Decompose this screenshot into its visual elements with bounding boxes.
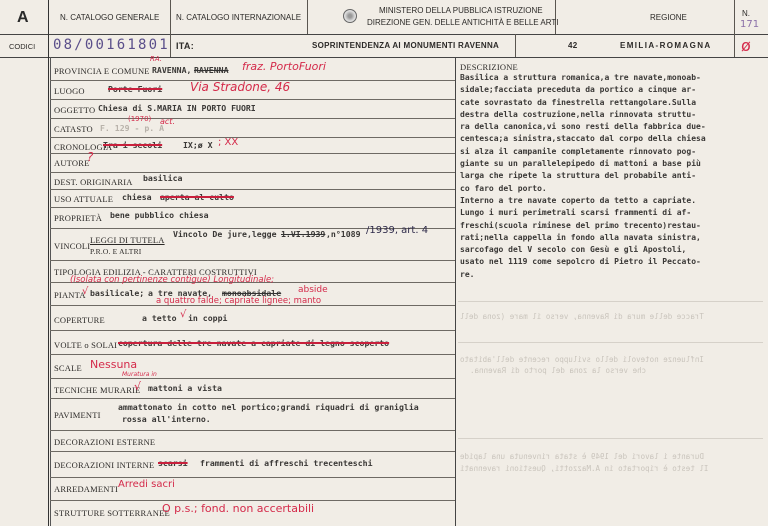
tecniche-check-icon: √	[134, 380, 141, 393]
descrizione-text: Basilica a struttura romanica,a tre nava…	[460, 72, 706, 281]
descrizione-line: destra della costruzione,nella rinnovata…	[460, 109, 706, 121]
descrizione-line: giante su un parallelepipedo di mattoni …	[460, 158, 706, 170]
dest-originaria-label: DEST. ORIGINARIA	[54, 177, 133, 187]
code-42: 42	[568, 41, 578, 50]
uso-attuale-typed-struck: aperta al culto	[160, 192, 234, 202]
arredamenti-label: ARREDAMENTI	[54, 484, 118, 494]
tecniche-label: TECNICHE MURARIE	[54, 385, 141, 395]
section-letter: A	[17, 9, 29, 27]
bleed-through-line: Durante i lavori del 1949 è stata rinven…	[460, 452, 704, 461]
vincoli-typed-struck: 1.VI.1939	[281, 229, 325, 239]
coperture-typed: a tetto	[142, 313, 177, 323]
catasto-hand-above-1: (1970)	[128, 115, 151, 123]
catasto-label: CATASTO	[54, 124, 93, 134]
strutture-label: STRUTTURE SOTTERRANEE	[54, 508, 170, 518]
ministry-line-2: DIREZIONE GEN. DELLE ANTICHITÀ E BELLE A…	[367, 18, 558, 27]
cronologia-typed: IX;ø X	[183, 140, 213, 150]
volte-typed-struck: copertura delle tre navate a capriate di…	[118, 338, 389, 348]
pavimenti-typed-line1: ammattonato in cotto nel portico;grandi …	[118, 402, 419, 412]
tipologia-hand: (Isolata con pertinenze contigue) Longit…	[70, 275, 274, 285]
descrizione-label: DESCRIZIONE	[460, 62, 518, 72]
decorazioni-interne-typed: frammenti di affreschi trecenteschi	[200, 458, 373, 468]
vincoli-typed: Vincolo De jure,legge	[173, 229, 277, 239]
n-mark: ø	[741, 36, 751, 55]
descrizione-line: usato nel 1119 come sepolcro di Pietro i…	[460, 256, 706, 268]
decorazioni-interne-typed-struck: scarsi	[158, 458, 188, 468]
catasto-typed: F. 129 - p. A	[100, 123, 164, 133]
coperture-check-icon: √	[180, 309, 186, 320]
luogo-hand: Via Stradone, 46	[190, 80, 290, 94]
descrizione-line: sarcofago del V secolo con Gesù e gli Ap…	[460, 244, 706, 256]
descrizione-line: rati;nella cappella in fondo alla navata…	[460, 232, 706, 244]
autore-label: AUTORE	[54, 158, 90, 168]
provincia-label: PROVINCIA E COMUNE	[54, 66, 150, 76]
autore-hand: ?	[87, 150, 93, 164]
descrizione-line: cate sovrastato da finestrella rettangol…	[460, 97, 706, 109]
provincia-hand-above: RA.	[150, 55, 162, 63]
oggetto-label: OGGETTO	[54, 105, 95, 115]
republic-emblem-icon	[343, 9, 357, 23]
ita-label: ITA:	[176, 41, 194, 51]
descrizione-line: si alza il campanile completamente rinno…	[460, 146, 706, 158]
coperture-typed2: in coppi	[188, 313, 227, 323]
vincoli-sub2: P.R.O. E ALTRI	[90, 247, 142, 256]
cronologia-typed-struck: Tra i secoli	[103, 140, 162, 150]
regione-label: REGIONE	[650, 13, 687, 22]
tecniche-typed: mattoni a vista	[148, 383, 222, 393]
catalogo-internazionale-label: N. CATALOGO INTERNAZIONALE	[176, 13, 301, 22]
descrizione-line: Interno a tre navate coperto da tetto a …	[460, 195, 706, 207]
provincia-typed-struck: RAVENNA	[194, 65, 229, 75]
decorazioni-interne-label: DECORAZIONI INTERNE	[54, 460, 154, 470]
bleed-through-line: che verso la zona del porto di Ravenna.	[470, 366, 646, 375]
strutture-hand: O p.s.; fond. non accertabili	[162, 502, 314, 515]
vincoli-sub1: LEGGI DI TUTELA	[90, 235, 165, 245]
luogo-typed-struck: Porte Fuori	[108, 84, 162, 94]
pianta-hand2: a quattro falde; capriate lignee; manto	[156, 296, 321, 306]
catasto-hand-above-2: act.	[160, 117, 175, 126]
bleed-through-line: Il testo è riportato in A.Mazzotti, Ques…	[460, 464, 708, 473]
descrizione-line: centesca;a sinistra,staccato dal corpo d…	[460, 133, 706, 145]
descrizione-line: sidale;facciata preceduta da portico a c…	[460, 84, 706, 96]
vincoli-hand: /1939, art. 4	[366, 225, 428, 236]
soprintendenza: SOPRINTENDENZA AI MONUMENTI RAVENNA	[312, 41, 499, 50]
n-value: 171	[740, 19, 759, 30]
pianta-typed: basilicale;	[90, 288, 144, 298]
oggetto-typed: Chiesa di S.MARIA IN PORTO FUORI	[98, 103, 256, 113]
pavimenti-typed-line2: rossa all'interno.	[122, 414, 211, 424]
dest-originaria-typed: basilica	[143, 173, 182, 183]
descrizione-line: larga che ripete la struttura del probab…	[460, 170, 706, 182]
arredamenti-hand: Arredi sacri	[118, 479, 175, 490]
bleed-through-line: Tracce delle mura di Ravenna, verso il m…	[460, 312, 704, 321]
pianta-label: PIANTA	[54, 290, 86, 300]
descrizione-line: co faro del porto.	[460, 183, 706, 195]
n-label: N.	[742, 9, 750, 18]
scale-hand-small: Muratura in	[122, 371, 157, 378]
regione-value: EMILIA-ROMAGNA	[620, 41, 712, 50]
scale-label: SCALE	[54, 363, 82, 373]
volte-label: VOLTE o SOLAI	[54, 340, 117, 350]
ministry-line-1: MINISTERO DELLA PUBBLICA ISTRUZIONE	[379, 6, 543, 15]
descrizione-line: Lungo i muri perimetrali scarsi framment…	[460, 207, 706, 219]
uso-attuale-label: USO ATTUALE	[54, 194, 113, 204]
descrizione-line: freschi(scuola riminese del primo trecen…	[460, 220, 706, 232]
pianta-check-icon: √	[82, 286, 88, 297]
decorazioni-esterne-label: DECORAZIONI ESTERNE	[54, 437, 155, 447]
coperture-label: COPERTURE	[54, 315, 105, 325]
descrizione-line: re.	[460, 269, 706, 281]
luogo-label: LUOGO	[54, 86, 85, 96]
cronologia-hand: ; XX	[218, 137, 238, 148]
scale-hand: Nessuna	[90, 358, 137, 371]
bleed-through-line: Influenze notevoli dello sviluppo recent…	[460, 355, 704, 364]
codici-label: CODICI	[9, 42, 35, 51]
proprieta-label: PROPRIETÀ	[54, 213, 102, 223]
vincoli-label: VINCOLI	[54, 241, 90, 251]
vincoli-typed2: ,n°1089	[326, 229, 361, 239]
catalogo-generale-label: N. CATALOGO GENERALE	[60, 13, 159, 22]
proprieta-typed: bene pubblico chiesa	[110, 210, 209, 220]
descrizione-line: ra della canonica,vi sono resti della fa…	[460, 121, 706, 133]
provincia-typed: RAVENNA,	[152, 65, 191, 75]
provincia-hand: fraz. PortoFuori	[242, 60, 326, 73]
uso-attuale-typed: chiesa	[122, 192, 152, 202]
pianta-hand: abside	[298, 285, 328, 295]
catalogo-number: 08/00161801	[53, 37, 170, 53]
descrizione-line: Basilica a struttura romanica,a tre nava…	[460, 72, 706, 84]
pavimenti-label: PAVIMENTI	[54, 410, 101, 420]
